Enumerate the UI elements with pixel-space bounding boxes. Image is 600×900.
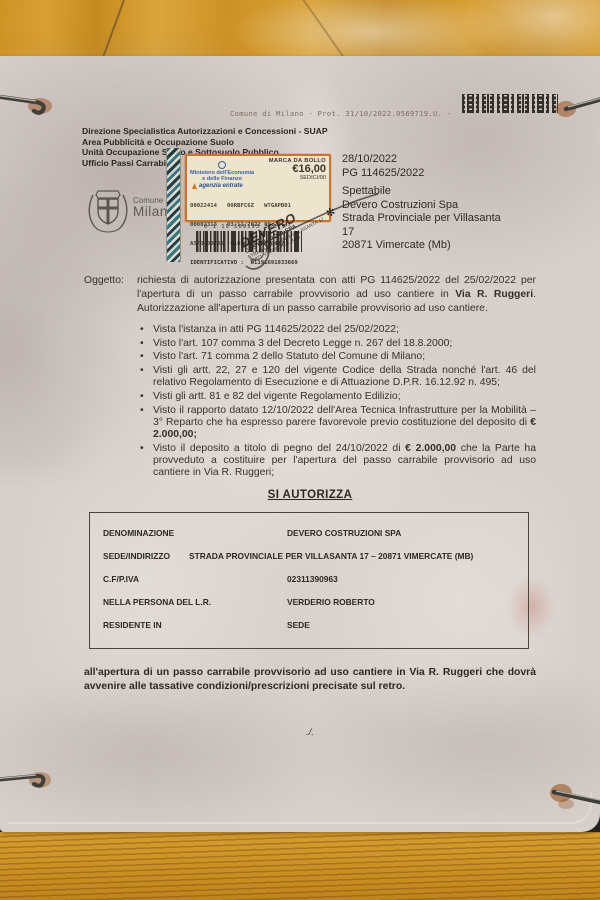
row-value: SEDE: [287, 620, 310, 630]
table-row: SEDE/INDIRIZZO STRADA PROVINCIALE PER VI…: [90, 547, 528, 570]
row-label: SEDE/INDIRIZZO: [103, 551, 170, 561]
row-label: NELLA PERSONA DEL L.R.: [103, 597, 211, 607]
premise-item: Visto l'art. 71 comma 2 dello Statuto de…: [153, 351, 536, 363]
closing-paragraph: all'apertura di un passo carrabile provv…: [84, 666, 536, 693]
premise-item: Visto il rapporto datato 12/10/2022 dell…: [153, 405, 536, 442]
bollo-amount-words: SEDICI/00: [269, 175, 326, 181]
wooden-board-bottom: [0, 832, 600, 900]
agenzia-entrate-logo: agenzia entrate: [192, 183, 326, 189]
letter-body: Oggetto: richiesta di autorizzazione pre…: [84, 274, 536, 738]
premise-item: Visto il deposito a titolo di pegno del …: [153, 443, 536, 480]
metal-clip-top-right: [556, 92, 600, 122]
bollo-amount: €16,00: [269, 164, 326, 175]
premises-list: Vista l'istanza in atti PG 114625/2022 d…: [84, 324, 536, 479]
ministry-emblem-icon: [218, 161, 226, 169]
row-value: STRADA PROVINCIALE PER VILLASANTA 17 – 2…: [189, 551, 473, 561]
row-label: C.F/P.IVA: [103, 574, 139, 584]
metal-clip-bottom-right: [550, 780, 600, 816]
row-value: 02311390963: [287, 574, 338, 584]
table-row: RESIDENTE IN SEDE: [90, 616, 528, 639]
comune-di-milano-crest-icon: [85, 185, 131, 237]
subject-label: Oggetto:: [84, 274, 124, 288]
metal-clip-bottom-left: [0, 764, 56, 798]
department-line: Direzione Specialistica Autorizzazioni e…: [82, 126, 328, 137]
letter-date: 28/10/2022: [342, 152, 424, 166]
row-label: RESIDENTE IN: [103, 620, 162, 630]
row-value: VERDERIO ROBERTO: [287, 597, 375, 607]
plastic-sleeve-edge: [8, 792, 592, 824]
premise-item: Vista l'istanza in atti PG 114625/2022 d…: [153, 324, 536, 336]
letter-date-block: 28/10/2022 PG 114625/2022: [342, 152, 424, 180]
department-line: Area Pubblicità e Occupazione Suolo: [82, 137, 328, 148]
authorization-table: DENOMINAZIONE DEVERO COSTRUZIONI SPA SED…: [89, 512, 529, 649]
ministry-label: Ministero dell'Economia e delle Finanze: [190, 161, 254, 182]
premise-item: Visti gli artt. 22, 27 e 120 del vigente…: [153, 365, 536, 389]
premise-item: Visto l'art. 107 comma 3 del Decreto Leg…: [153, 338, 536, 350]
table-row: DENOMINAZIONE DEVERO COSTRUZIONI SPA: [90, 524, 528, 547]
authorization-heading: SI AUTORIZZA: [84, 489, 536, 501]
table-row: C.F/P.IVA 02311390963: [90, 570, 528, 593]
row-label: DENOMINAZIONE: [103, 528, 174, 538]
protocol-barcode: [462, 94, 558, 113]
protocol-stamp-line: Comune di Milano - Prot. 31/10/2022.0569…: [230, 110, 452, 118]
pencil-mark: [294, 0, 347, 62]
security-strip: [166, 148, 181, 262]
table-row: NELLA PERSONA DEL L.R. VERDERIO ROBERTO: [90, 593, 528, 616]
signature-scrawl: [232, 192, 382, 282]
row-value: DEVERO COSTRUZIONI SPA: [287, 528, 401, 538]
document-paper: Comune di Milano - Prot. 31/10/2022.0569…: [0, 56, 600, 832]
letter-protocol-number: PG 114625/2022: [342, 166, 424, 180]
agenzia-entrate-icon: [192, 183, 197, 189]
metal-clip-top-left: [0, 88, 56, 120]
premise-item: Visti gli artt. 81 e 82 del vigente Rego…: [153, 391, 536, 403]
page-continuation-mark: ./.: [84, 727, 536, 738]
photo-of-authorization-document: Comune di Milano - Prot. 31/10/2022.0569…: [0, 0, 600, 900]
wooden-board-top: [0, 0, 600, 58]
